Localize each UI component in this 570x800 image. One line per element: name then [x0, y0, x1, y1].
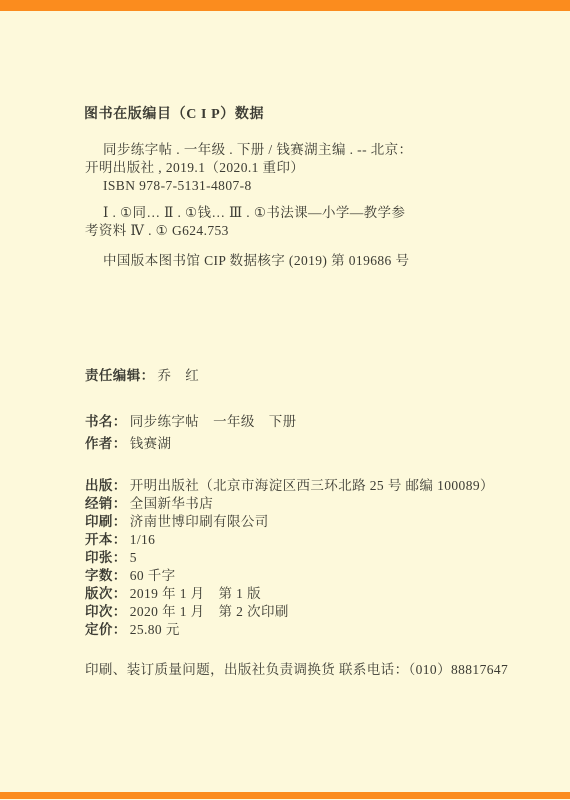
edition-value: 2019 年 1 月 第 1 版	[130, 586, 261, 601]
responsible-editor-value: 乔 红	[158, 368, 200, 383]
sheets-value: 5	[130, 550, 137, 565]
responsible-editor-row: 责任编辑：乔 红	[85, 367, 199, 384]
price-row: 定价：25.80 元	[85, 621, 494, 639]
price-value: 25.80 元	[130, 622, 180, 637]
word-count-value: 60 千字	[130, 568, 176, 583]
book-title-row: 书名：同步练字帖 一年级 下册	[85, 413, 297, 435]
cip-isbn: ISBN 978-7-5131-4807-8	[103, 177, 252, 194]
book-title-value: 同步练字帖 一年级 下册	[130, 414, 297, 429]
book-info-block: 书名：同步练字帖 一年级 下册 作者：钱赛湖	[85, 413, 297, 457]
copyright-page: 图书在版编目（C I P）数据 同步练字帖 . 一年级 . 下册 / 钱赛湖主编…	[0, 0, 570, 800]
distributor-row: 经销：全国新华书店	[85, 495, 494, 513]
publishing-info-block: 出版：开明出版社（北京市海淀区西三环北路 25 号 邮编 100089） 经销：…	[85, 477, 494, 639]
price-label: 定价：	[85, 622, 127, 637]
word-count-label: 字数：	[85, 568, 127, 583]
impression-value: 2020 年 1 月 第 2 次印刷	[130, 604, 289, 619]
top-border-bar	[0, 0, 570, 11]
cip-description-line-1: 同步练字帖 . 一年级 . 下册 / 钱赛湖主编 . -- 北京：	[103, 141, 412, 158]
edition-row: 版次：2019 年 1 月 第 1 版	[85, 585, 494, 603]
format-label: 开本：	[85, 532, 127, 547]
printer-label: 印刷：	[85, 514, 127, 529]
printer-row: 印刷：济南世博印刷有限公司	[85, 513, 494, 531]
book-author-label: 作者：	[85, 436, 127, 451]
format-value: 1/16	[130, 532, 156, 547]
cip-header: 图书在版编目（C I P）数据	[84, 106, 264, 123]
publisher-value: 开明出版社（北京市海淀区西三环北路 25 号 邮编 100089）	[130, 478, 494, 493]
cip-registry-number: 中国版本图书馆 CIP 数据核字 (2019) 第 019686 号	[103, 252, 409, 269]
bottom-border-bar	[0, 792, 570, 799]
responsible-editor-label: 责任编辑：	[85, 368, 155, 383]
publisher-label: 出版：	[85, 478, 127, 493]
word-count-row: 字数：60 千字	[85, 567, 494, 585]
cip-classification-line-2: 考资料 Ⅳ . ① G624.753	[85, 222, 229, 239]
impression-label: 印次：	[85, 604, 127, 619]
cip-classification-line-1: Ⅰ . ①同… Ⅱ . ①钱… Ⅲ . ①书法课—小学—教学参	[103, 204, 405, 221]
format-row: 开本：1/16	[85, 531, 494, 549]
book-title-label: 书名：	[85, 414, 127, 429]
quality-contact-note: 印刷、装订质量问题，出版社负责调换货 联系电话：（010）88817647	[85, 661, 508, 678]
publisher-row: 出版：开明出版社（北京市海淀区西三环北路 25 号 邮编 100089）	[85, 477, 494, 495]
edition-label: 版次：	[85, 586, 127, 601]
printer-value: 济南世博印刷有限公司	[130, 514, 269, 529]
sheets-label: 印张：	[85, 550, 127, 565]
distributor-value: 全国新华书店	[130, 496, 213, 511]
impression-row: 印次：2020 年 1 月 第 2 次印刷	[85, 603, 494, 621]
cip-description-line-2: 开明出版社 , 2019.1（2020.1 重印）	[85, 159, 304, 176]
distributor-label: 经销：	[85, 496, 127, 511]
book-author-value: 钱赛湖	[130, 436, 172, 451]
sheets-row: 印张：5	[85, 549, 494, 567]
book-author-row: 作者：钱赛湖	[85, 435, 297, 457]
